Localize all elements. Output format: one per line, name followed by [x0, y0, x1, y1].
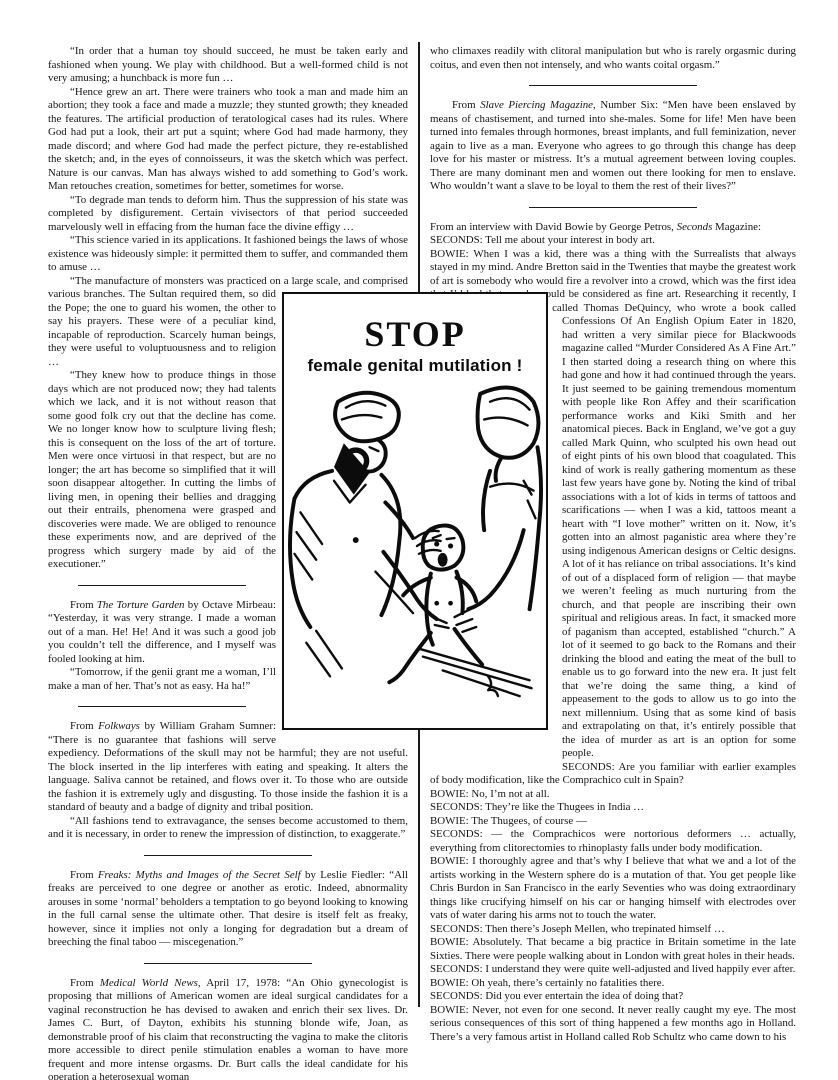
poster-title: STOP — [284, 316, 546, 352]
source-paragraph: From Folkways by William Graham Sumner: … — [48, 720, 408, 815]
source-text: , Number Six: “Men have been enslaved by… — [430, 99, 796, 192]
quote-paragraph: who climaxes readily with clitoral manip… — [430, 45, 796, 72]
right-figure-illustration — [455, 387, 542, 631]
quote-paragraph: “All fashions tend to extravagance, the … — [48, 815, 408, 842]
source-paragraph: From Freaks: Myths and Images of the Sec… — [48, 869, 408, 950]
source-text: , April 17, 1978: “An Ohio gynecologist … — [48, 977, 408, 1080]
dialogue-line: BOWIE: Absolutely. That became a big pra… — [430, 936, 796, 963]
source-title: Freaks: Myths and Images of the Secret S… — [98, 869, 301, 881]
dialogue-line: SECONDS: I understand they were quite we… — [430, 963, 796, 977]
dialogue-line: SECONDS: Did you ever entertain the idea… — [430, 990, 796, 1004]
source-prefix: From — [452, 99, 480, 111]
paragraph-text: “The manufacture of monsters was practic… — [70, 275, 408, 287]
source-prefix: From — [70, 977, 100, 989]
paragraph-text: various branches. The Sultan required th… — [48, 288, 276, 368]
quote-paragraph: “In order that a human toy should succee… — [48, 45, 408, 86]
source-prefix: From — [70, 720, 98, 732]
section-divider — [430, 194, 796, 221]
dialogue-line: BOWIE: Never, not even for one second. I… — [430, 1004, 796, 1045]
dialogue-line: BOWIE: I thoroughly agree and that’s why… — [430, 855, 796, 923]
section-divider — [48, 572, 276, 599]
fgm-illustration — [286, 382, 544, 704]
source-text: Magazine: — [712, 221, 761, 233]
dialogue-line: BOWIE: No, I’m not at all. — [430, 788, 796, 802]
stop-poster: STOP female genital mutilation ! — [282, 292, 548, 730]
section-divider — [48, 693, 276, 720]
source-title: The Torture Garden — [97, 599, 185, 611]
dialogue-text: English Opium Eater in 1820, had written… — [562, 315, 796, 759]
dialogue-line: SECONDS: Are you familiar with earlier e… — [430, 761, 796, 788]
source-title: Slave Piercing Magazine — [480, 99, 593, 111]
source-paragraph: From Slave Piercing Magazine, Number Six… — [430, 99, 796, 194]
quote-paragraph: “Hence grew an art. There were trainers … — [48, 86, 408, 194]
dialogue-line: BOWIE: The Thugees, of course — — [430, 815, 796, 829]
dialogue-line: SECONDS: They’re like the Thugees in Ind… — [430, 801, 796, 815]
dialogue-line: SECONDS: Tell me about your interest in … — [430, 234, 796, 248]
interview-intro: From an interview with David Bowie by Ge… — [430, 221, 796, 235]
source-prefix: From — [70, 599, 97, 611]
section-divider — [48, 842, 408, 869]
quote-paragraph: “This science varied in its applications… — [48, 234, 408, 275]
section-divider — [48, 950, 408, 977]
poster-subtitle: female genital mutilation ! — [284, 357, 546, 376]
source-title: Seconds — [677, 221, 713, 233]
source-prefix: From an interview with David Bowie by Ge… — [430, 221, 677, 233]
dialogue-line: SECONDS: — the Comprachicos were nortori… — [430, 828, 796, 855]
source-paragraph: From Medical World News, April 17, 1978:… — [48, 977, 408, 1080]
source-title: Folkways — [98, 720, 140, 732]
dialogue-line: BOWIE: Oh yeah, there’s certainly no fat… — [430, 977, 796, 991]
source-prefix: From — [70, 869, 98, 881]
section-divider — [430, 72, 796, 99]
magazine-page: “In order that a human toy should succee… — [0, 0, 838, 1080]
quote-paragraph: “To degrade man tends to deform him. Thu… — [48, 194, 408, 235]
dialogue-line: SECONDS: Then there’s Joseph Mellen, who… — [430, 923, 796, 937]
source-title: Medical World News — [100, 977, 198, 989]
